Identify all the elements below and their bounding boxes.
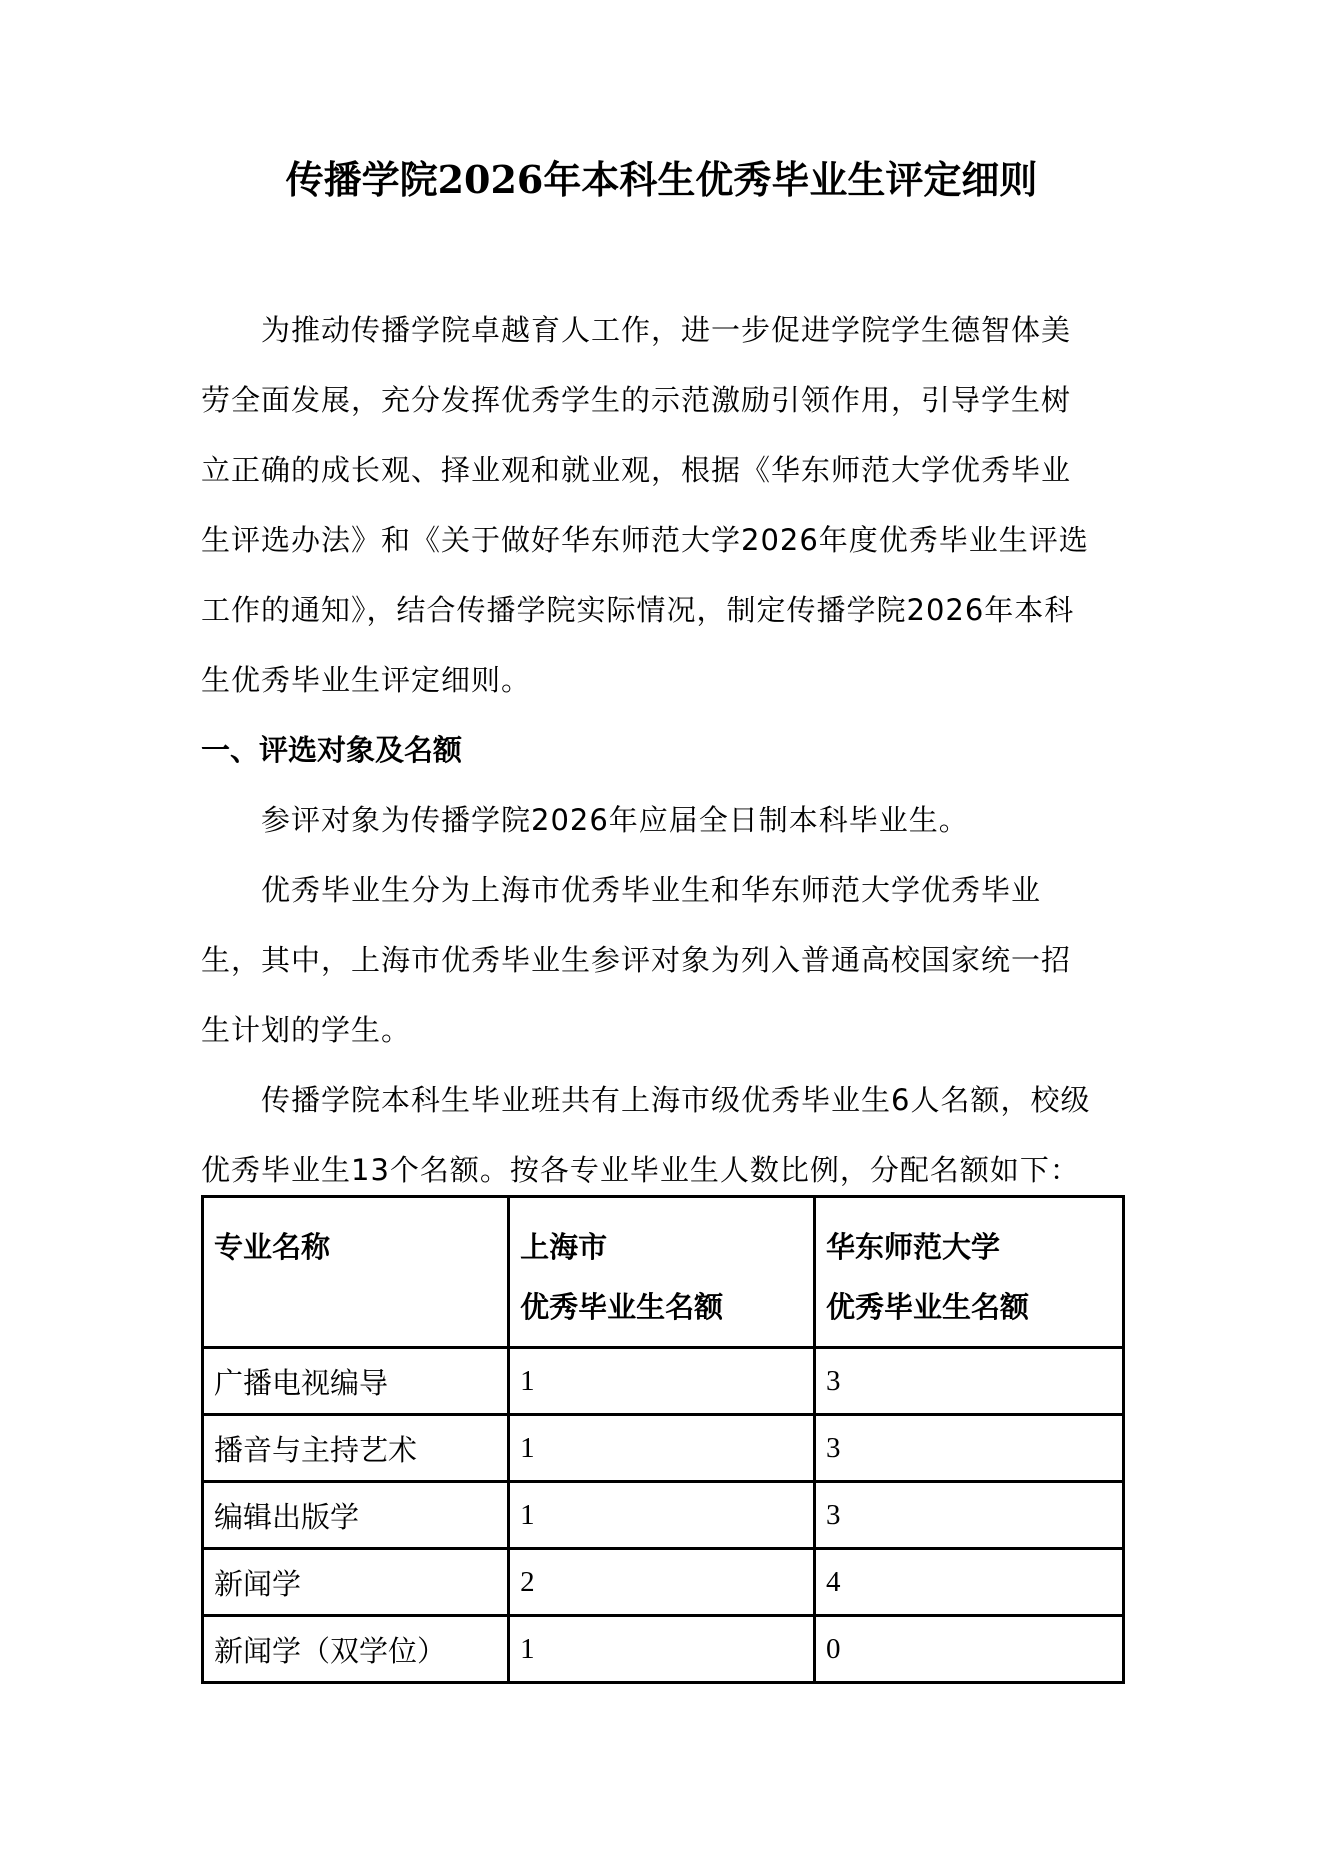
ecnu-quota-cell: 4 [815, 1549, 1124, 1616]
header-ecnu-quota: 华东师范大学 优秀毕业生名额 [815, 1197, 1124, 1348]
quota-table: 专业名称 上海市 优秀毕业生名额 华东师范大学 优秀毕业生名额 广播电视编导 1… [201, 1195, 1125, 1684]
header-major: 专业名称 [203, 1197, 509, 1348]
header-text: 优秀毕业生名额 [520, 1272, 803, 1332]
ecnu-quota-cell: 3 [815, 1482, 1124, 1549]
intro-line: 立正确的成长观、择业观和就业观，根据《华东师范大学优秀毕业 [201, 435, 1121, 505]
table-row: 新闻学 2 4 [203, 1549, 1124, 1616]
ecnu-quota-cell: 3 [815, 1348, 1124, 1415]
table-row: 新闻学（双学位） 1 0 [203, 1616, 1124, 1683]
categories-paragraph: 优秀毕业生分为上海市优秀毕业生和华东师范大学优秀毕业 生，其中，上海市优秀毕业生… [201, 855, 1121, 1065]
header-text [214, 1272, 497, 1332]
intro-line: 为推动传播学院卓越育人工作，进一步促进学院学生德智体美 [201, 295, 1121, 365]
table-header-row: 专业名称 上海市 优秀毕业生名额 华东师范大学 优秀毕业生名额 [203, 1197, 1124, 1348]
intro-paragraph: 为推动传播学院卓越育人工作，进一步促进学院学生德智体美 劳全面发展，充分发挥优秀… [201, 295, 1121, 715]
header-text: 上海市 [520, 1212, 803, 1272]
categories-line: 生，其中，上海市优秀毕业生参评对象为列入普通高校国家统一招 [201, 925, 1121, 995]
shanghai-quota-cell: 1 [509, 1616, 815, 1683]
shanghai-quota-cell: 1 [509, 1415, 815, 1482]
eligibility-line: 参评对象为传播学院2026年应届全日制本科毕业生。 [201, 785, 1121, 855]
intro-line: 生优秀毕业生评定细则。 [201, 645, 1121, 715]
ecnu-quota-cell: 0 [815, 1616, 1124, 1683]
table-row: 广播电视编导 1 3 [203, 1348, 1124, 1415]
shanghai-quota-cell: 1 [509, 1482, 815, 1549]
intro-line: 劳全面发展，充分发挥优秀学生的示范激励引领作用，引导学生树 [201, 365, 1121, 435]
categories-line: 优秀毕业生分为上海市优秀毕业生和华东师范大学优秀毕业 [201, 855, 1121, 925]
eligibility-paragraph: 参评对象为传播学院2026年应届全日制本科毕业生。 [201, 785, 1121, 855]
section-heading: 一、评选对象及名额 [201, 730, 462, 770]
document-page: 传播学院2026年本科生优秀毕业生评定细则 为推动传播学院卓越育人工作，进一步促… [0, 0, 1323, 1871]
major-cell: 播音与主持艺术 [203, 1415, 509, 1482]
header-text: 优秀毕业生名额 [826, 1272, 1112, 1332]
intro-line: 工作的通知》，结合传播学院实际情况，制定传播学院2026年本科 [201, 575, 1121, 645]
header-text: 专业名称 [214, 1212, 497, 1272]
quota-line: 传播学院本科生毕业班共有上海市级优秀毕业生6人名额，校级 [201, 1065, 1141, 1135]
major-cell: 编辑出版学 [203, 1482, 509, 1549]
header-text: 华东师范大学 [826, 1212, 1112, 1272]
document-title: 传播学院2026年本科生优秀毕业生评定细则 [0, 155, 1323, 205]
major-cell: 广播电视编导 [203, 1348, 509, 1415]
table-row: 播音与主持艺术 1 3 [203, 1415, 1124, 1482]
shanghai-quota-cell: 2 [509, 1549, 815, 1616]
major-cell: 新闻学（双学位） [203, 1616, 509, 1683]
categories-line: 生计划的学生。 [201, 995, 1121, 1065]
table-row: 编辑出版学 1 3 [203, 1482, 1124, 1549]
intro-line: 生评选办法》和《关于做好华东师范大学2026年度优秀毕业生评选 [201, 505, 1121, 575]
shanghai-quota-cell: 1 [509, 1348, 815, 1415]
major-cell: 新闻学 [203, 1549, 509, 1616]
header-shanghai-quota: 上海市 优秀毕业生名额 [509, 1197, 815, 1348]
ecnu-quota-cell: 3 [815, 1415, 1124, 1482]
quota-paragraph: 传播学院本科生毕业班共有上海市级优秀毕业生6人名额，校级 优秀毕业生13个名额。… [201, 1065, 1141, 1205]
